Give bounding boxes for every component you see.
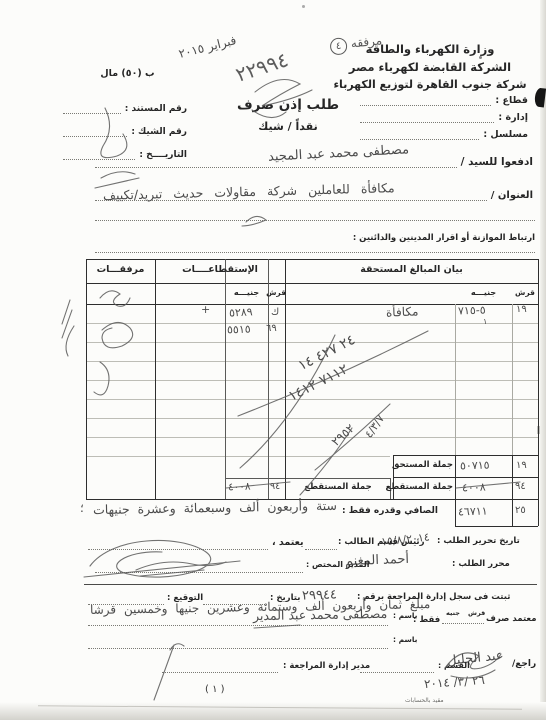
piasters-column-line-totals — [512, 455, 513, 526]
serial-line — [360, 127, 479, 140]
cheque-number-line — [63, 124, 127, 137]
row-line — [86, 437, 538, 438]
name-line-2 — [88, 647, 388, 649]
net-box-bottom — [455, 526, 538, 527]
approve-label: يعتمد ، — [272, 537, 304, 548]
review-date-handwriting: ٢٦ /٣/ ٢٠١٤ — [424, 673, 486, 691]
net-pounds: ٤٦٧١١ — [458, 504, 488, 518]
section-line — [360, 671, 434, 673]
in-name-label-1: باسم : — [393, 611, 418, 620]
row-line — [86, 323, 538, 324]
row1-pounds: ٥-٧١٥ — [458, 304, 486, 318]
review-label: راجع/ — [512, 659, 536, 669]
table-border-left — [86, 259, 87, 499]
header1-separator — [86, 283, 538, 284]
section-divider — [84, 584, 537, 585]
form-title: طلب إذن صرف — [236, 97, 340, 113]
budget-label: ارتباط الموازنة أو اقرار المدينين والدائ… — [335, 233, 535, 243]
totals-top — [393, 455, 538, 456]
address-line-2 — [95, 219, 535, 221]
diagonal-note-a: ٢٤ ٤٢٧ ١٤ — [296, 332, 358, 374]
cheque-number-label: رقم الشيك : — [131, 127, 187, 137]
manager-sign-line — [95, 571, 303, 573]
row-line — [86, 399, 538, 400]
table-border-top — [86, 259, 538, 260]
editor-label: محرر الطلب : — [452, 559, 510, 569]
sector-label: قطاع : — [495, 95, 528, 106]
attachments-separator — [155, 259, 156, 499]
sector-field: قطاع : — [360, 93, 528, 106]
stamp-number: ٢٢٩٩٤ — [233, 47, 292, 86]
admin-line — [360, 110, 494, 123]
deduction1-note: + — [201, 303, 210, 316]
amounts-header: بيان المبالغ المستحقة — [285, 264, 538, 275]
speck-2 — [479, 56, 482, 59]
deductions-pounds-header: جنيـــه — [225, 288, 268, 297]
manager-signature-scribble — [136, 562, 226, 576]
budget-line — [95, 251, 535, 253]
section-label: القسم : — [438, 661, 470, 670]
deductions-header: الإستقطاعــــات — [155, 264, 285, 275]
left-total-piasters: ٩٤ — [270, 481, 280, 492]
doc-number-line — [63, 101, 121, 114]
deduction2-piasters: ٦٩ — [266, 323, 277, 334]
amounts-table: مرفقـــات الإستقطاعــــات بيان المبالغ ا… — [86, 259, 538, 526]
registered-note-handwriting: مقيد بالحسابات — [405, 697, 444, 704]
doc-number-label: رقم المستند : — [125, 104, 187, 114]
piasters-column-line — [512, 304, 513, 455]
diagonal-note-c: ٢٩٥٢ — [329, 421, 358, 449]
in-name-label-2: باسم : — [393, 635, 418, 644]
left-total-pounds: ٤٠٠٨ — [228, 481, 251, 494]
cheque-number-field: رقم الشيك : — [63, 124, 187, 137]
pounds-small-label: جنيه — [446, 609, 460, 617]
amounts-pounds-header: جنيـــه — [455, 288, 512, 297]
row1-desc-handwriting: مكافأة — [386, 304, 419, 319]
request-date-label: تاريخ تحرير الطلب : — [437, 536, 520, 546]
attachments-header: مرفقـــات — [86, 264, 155, 275]
approve-line — [88, 548, 268, 550]
total-due-pounds: ٥٠٧١٥ — [460, 458, 490, 472]
paper-edge-right — [540, 0, 546, 720]
pounds-column-line-totals — [455, 455, 456, 526]
left-total-deducted-label: جملة المستقطع — [290, 482, 386, 492]
totals-mid — [393, 477, 538, 478]
name-line-1 — [88, 624, 388, 626]
net-mark: ؛ — [80, 501, 84, 515]
net-piasters: ٢٥ — [515, 505, 526, 516]
page-number: ( ١ ) — [205, 684, 225, 695]
amount-small-line — [442, 622, 484, 624]
total-deducted-label: جملة المستقطع — [395, 482, 453, 492]
attachment-count-circled: ٤ — [329, 37, 348, 56]
total-deducted-pounds: ٤٠٠٨ — [462, 481, 486, 495]
serial-field: مسلسل : — [360, 127, 528, 140]
audit-manager-label: مدير إدارة المراجعة : — [283, 661, 370, 671]
ink-blob — [534, 87, 546, 107]
pounds-column-line — [455, 304, 456, 455]
net-label: الصافي وقدره فقط : — [330, 506, 450, 516]
deduction1-piasters: ك — [271, 307, 279, 318]
table-border-right — [538, 259, 539, 526]
deduction2-pounds: ٥٥١٥ — [227, 323, 251, 337]
audit-manager-line — [162, 671, 278, 673]
head-of-section-label: رئيس قسم الطالب : — [338, 537, 425, 547]
approved-name-handwriting: مصطفى محمد عبد المدير — [253, 606, 387, 623]
deduction1-pounds: ٥٢٨٩ — [229, 305, 253, 319]
row-line — [86, 342, 538, 343]
row-line — [86, 456, 390, 457]
total-due-piasters: ١٩ — [516, 460, 527, 471]
deductions-piasters-header: قرش — [267, 288, 286, 297]
speck-1 — [302, 5, 305, 8]
row-line — [86, 418, 538, 419]
form-subtitle: نقداً / شيك — [248, 120, 328, 133]
amounts-piasters-header: قرش — [512, 288, 538, 297]
row1-piasters: ١٩ — [516, 304, 527, 315]
margin-scribble — [62, 300, 74, 356]
month-note: فبراير ٢٠١٥ — [177, 33, 238, 61]
total-deducted-piasters: ٩٤ — [515, 481, 526, 492]
row1-sub-mark: ١ — [483, 317, 487, 326]
total-due-label: جملة المستحق — [395, 460, 453, 470]
payee-label: ادفعوا للسيد / — [461, 156, 533, 168]
sector-line — [360, 93, 491, 106]
approved-label: معتمد صرف — [486, 614, 536, 624]
address-scribble — [242, 216, 266, 226]
doc-number-field: رقم المستند : — [63, 101, 187, 114]
scanned-form: وزارة الكهرباء والطاقة الشركة القابضة لك… — [0, 0, 546, 720]
admin-label: إدارة : — [498, 112, 528, 123]
piasters-small-label: قرش — [468, 609, 485, 617]
left-total-top — [225, 478, 390, 479]
head-sign-line — [305, 548, 337, 550]
admin-field: إدارة : — [360, 110, 528, 123]
distribution-company: شركة جنوب القاهرة لتوزيع الكهرباء — [330, 78, 530, 91]
attachment-note-word: مرفقه — [350, 33, 383, 53]
holding-company: الشركة القابضة لكهرباء مصر — [330, 60, 530, 74]
manager-label: المدير المختص : — [306, 560, 370, 569]
serial-label: مسلسل : — [483, 129, 528, 140]
address-label: العنوان / — [491, 190, 533, 201]
form-code: ب (٥٠) مال — [90, 68, 165, 79]
